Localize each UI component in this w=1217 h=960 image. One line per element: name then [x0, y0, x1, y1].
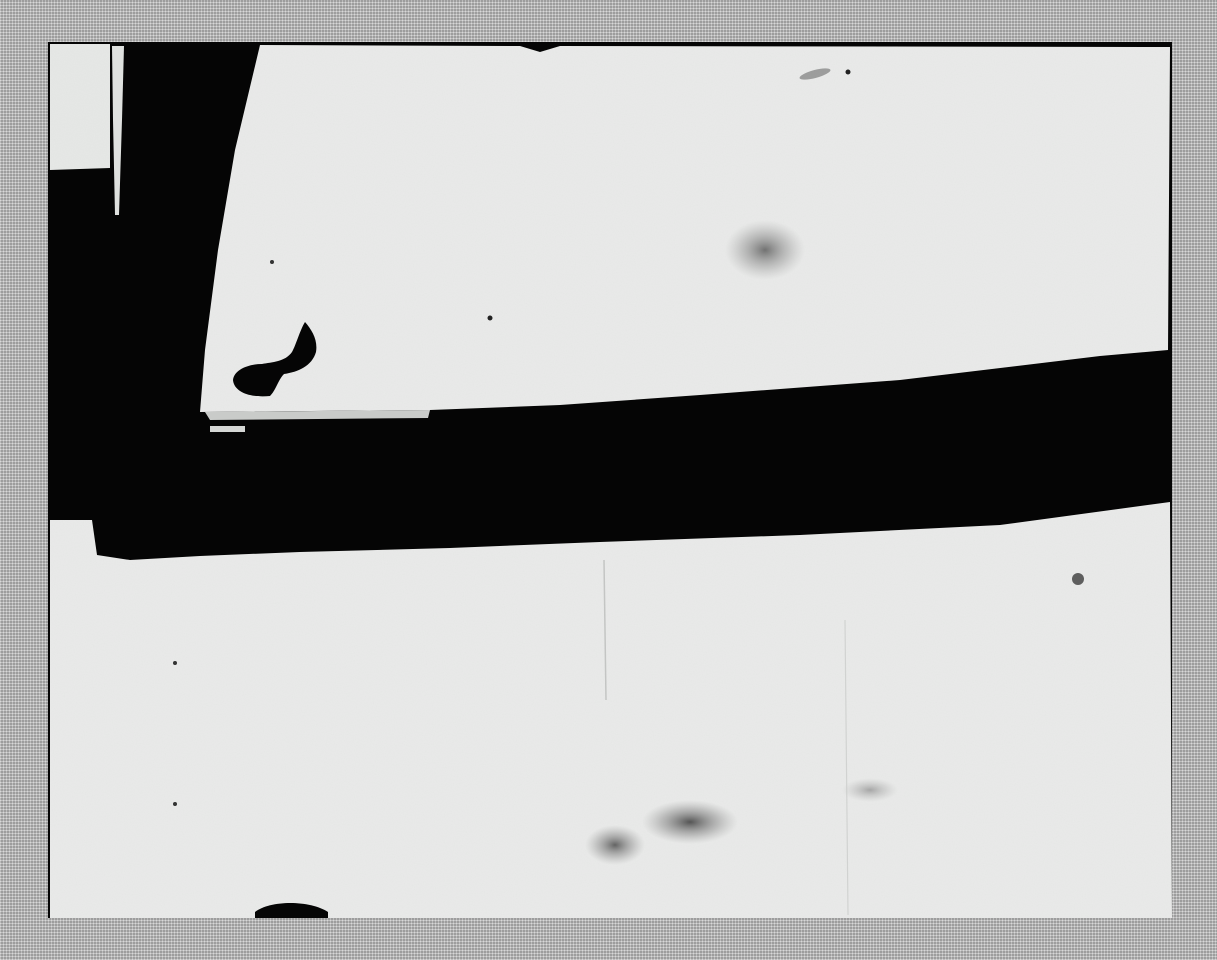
- speck: [173, 661, 177, 665]
- speck: [1072, 573, 1084, 585]
- light-fleck: [210, 426, 245, 432]
- paper-top-panel: [200, 45, 1170, 412]
- smudge-top: [725, 220, 805, 280]
- paper-top-left-panel: [50, 44, 110, 170]
- smudge-bottom-center: [642, 800, 738, 844]
- smudge-bottom-left: [585, 825, 645, 865]
- speck: [270, 260, 274, 264]
- smudge-bottom-right: [842, 778, 898, 802]
- speck: [846, 70, 851, 75]
- speck: [173, 802, 177, 806]
- speck: [488, 316, 493, 321]
- painting: [0, 0, 1217, 960]
